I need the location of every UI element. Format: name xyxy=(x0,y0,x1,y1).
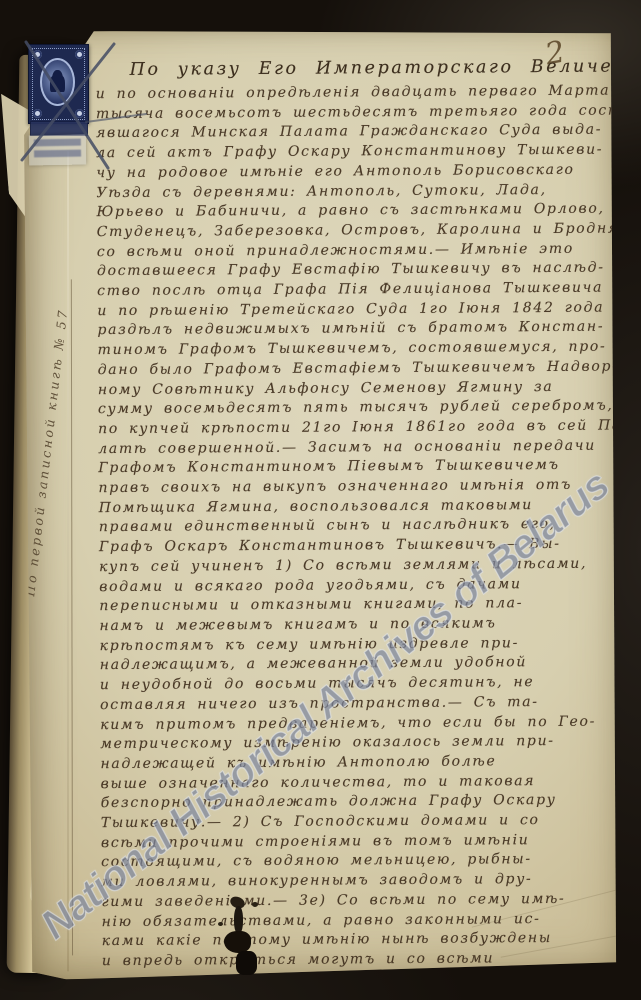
text-line: ками какіе по тому имѣнію нынѣ возбужден… xyxy=(102,929,616,952)
ink-blot xyxy=(236,951,257,975)
text-line: и впредь открыться могутъ и со всѣми xyxy=(102,948,616,971)
ink-blot xyxy=(234,906,243,934)
margin-rule xyxy=(71,279,73,955)
ink-blot xyxy=(224,931,251,953)
text-line: метрическому измѣренію оказалось земли п… xyxy=(100,732,614,755)
text-line: По указу Его Императорскаго Величества xyxy=(96,52,610,86)
ink-blot xyxy=(218,922,223,926)
archival-document-photo: 2 По первой записной книгѣ № 57 По указу… xyxy=(0,0,641,1000)
ink-blot xyxy=(252,902,258,907)
margin-note: По первой записной книгѣ № 57 xyxy=(22,268,78,598)
cancel-cross-icon xyxy=(8,30,148,180)
text-line: правъ своихъ на выкупъ означеннаго имѣні… xyxy=(98,476,612,499)
